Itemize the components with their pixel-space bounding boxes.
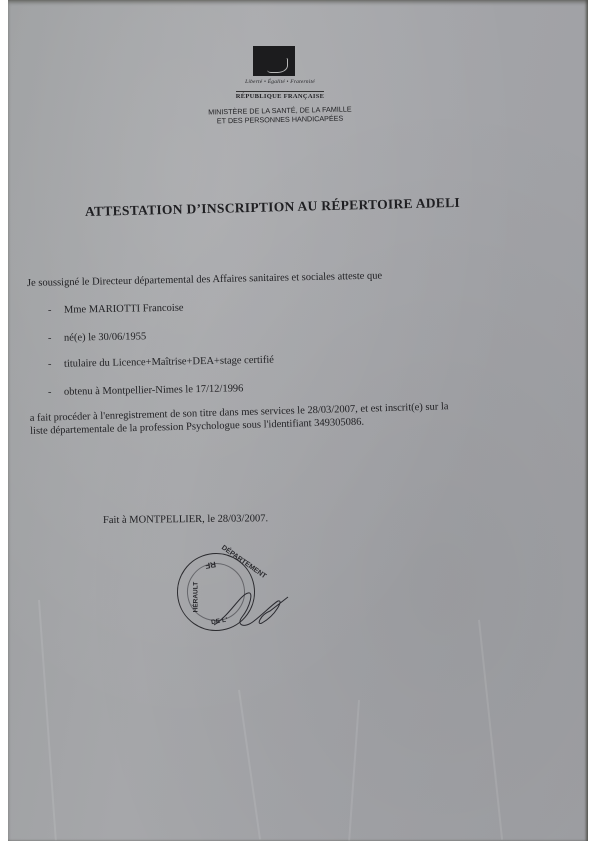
stamp-side-text: HÉRAULT (192, 582, 199, 613)
republic-logo: Liberté • Égalité • Fraternité RÉPUBLIQU… (180, 46, 380, 103)
list-item-name: -Mme MARIOTTI Francoise (48, 303, 184, 316)
list-dash: - (48, 387, 64, 398)
marianne-profile-icon (267, 58, 288, 73)
paper-crease (478, 620, 503, 840)
signature-icon (210, 585, 290, 635)
republic-name: RÉPUBLIQUE FRANÇAISE (236, 91, 325, 100)
signoff-place-date: Fait à MONTPELLIER, le 28/03/2007. (103, 513, 268, 526)
stamp-rf: RF (205, 560, 217, 571)
list-dash: - (48, 333, 64, 344)
list-item-text: né(e) le 30/06/1955 (64, 331, 146, 343)
list-dash: - (48, 305, 64, 316)
list-item-birthdate: -né(e) le 30/06/1955 (48, 331, 146, 344)
list-dash: - (48, 359, 64, 370)
marianne-logo-icon (253, 46, 295, 76)
list-item-text: Mme MARIOTTI Francoise (64, 303, 184, 316)
paper-crease (238, 690, 261, 840)
paper-crease (38, 600, 57, 841)
paper-crease (348, 700, 360, 841)
motto: Liberté • Égalité • Fraternité (180, 79, 380, 85)
